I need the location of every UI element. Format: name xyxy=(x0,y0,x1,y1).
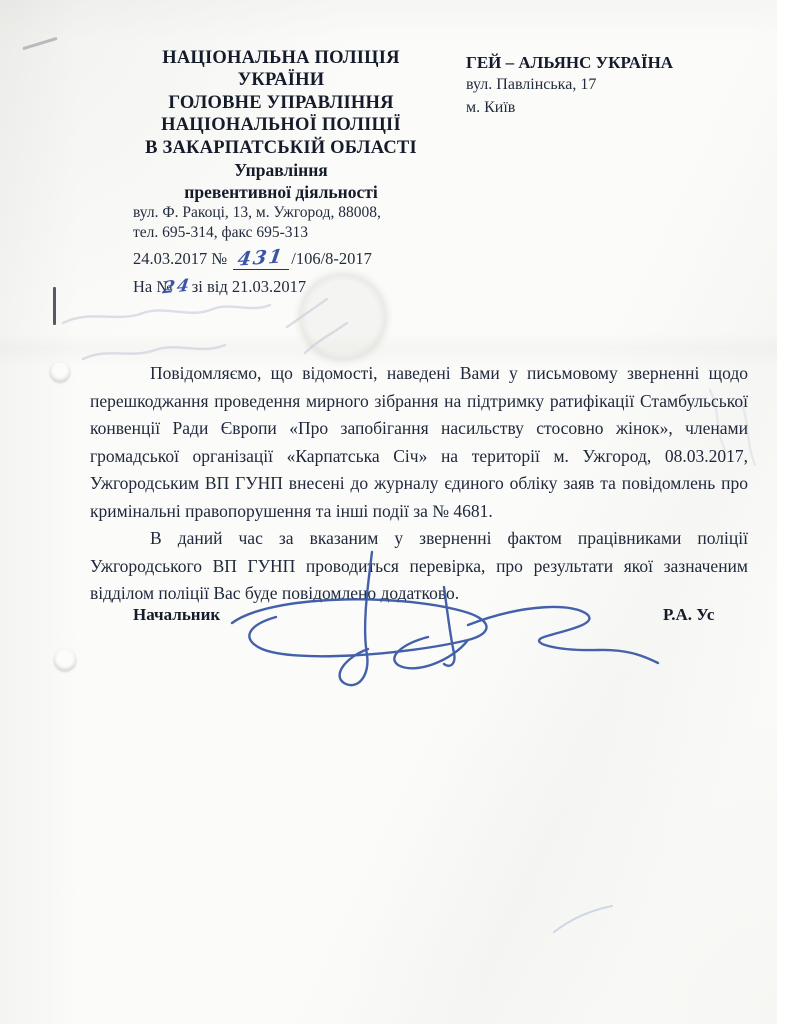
recipient-name: ГЕЙ – АЛЬЯНС УКРАЇНА xyxy=(466,52,673,74)
sender-phone: тел. 695-314, факс 695-313 xyxy=(133,223,442,243)
recipient-block: ГЕЙ – АЛЬЯНС УКРАЇНА вул. Павлінська, 17… xyxy=(466,52,673,119)
recipient-city: м. Київ xyxy=(466,97,673,120)
outgoing-date-label: 24.03.2017 № xyxy=(133,249,227,268)
sender-department-line1: ГОЛОВНЕ УПРАВЛІННЯ xyxy=(120,92,442,114)
outgoing-number-suffix: /106/8-2017 xyxy=(291,249,372,268)
signer-name: Р.А. Ус xyxy=(663,605,714,625)
sender-department-line3: В ЗАКАРПАТСЬКІЙ ОБЛАСТІ xyxy=(120,137,442,159)
handwritten-outgoing-number: 431 xyxy=(237,245,286,270)
outgoing-reference-line: 24.03.2017 № 431/106/8-2017 xyxy=(133,247,372,270)
body-paragraph-1: Повідомляємо, що відомості, наведені Вам… xyxy=(90,360,748,525)
sender-org-name-line2: УКРАЇНИ xyxy=(120,69,442,91)
recipient-street: вул. Павлінська, 17 xyxy=(466,74,673,97)
sender-unit-line2: превентивної діяльності xyxy=(120,181,442,203)
scan-edge-strip xyxy=(777,0,791,1024)
sender-letterhead: НАЦІОНАЛЬНА ПОЛІЦІЯ УКРАЇНИ ГОЛОВНЕ УПРА… xyxy=(120,47,442,243)
incoming-reference-line: На №24зі від 21.03.2017 xyxy=(133,277,306,297)
pen-slash-mark xyxy=(22,37,57,50)
outgoing-number-blank: 431 xyxy=(233,247,289,270)
handwritten-incoming-number: 24 xyxy=(161,276,192,299)
scanned-letter-page: НАЦІОНАЛЬНА ПОЛІЦІЯ УКРАЇНИ ГОЛОВНЕ УПРА… xyxy=(0,0,791,1024)
sender-org-name-line1: НАЦІОНАЛЬНА ПОЛІЦІЯ xyxy=(120,47,442,69)
hole-punch-bottom xyxy=(54,649,76,671)
faint-scribble xyxy=(548,900,618,940)
sender-department-line2: НАЦІОНАЛЬНОЇ ПОЛІЦІЇ xyxy=(120,114,442,136)
incoming-ref-suffix: зі від 21.03.2017 xyxy=(192,277,306,296)
sender-address: вул. Ф. Ракоці, 13, м. Ужгород, 88008, xyxy=(133,203,442,223)
sender-unit-line1: Управління xyxy=(120,159,442,181)
pen-signature xyxy=(200,543,670,708)
